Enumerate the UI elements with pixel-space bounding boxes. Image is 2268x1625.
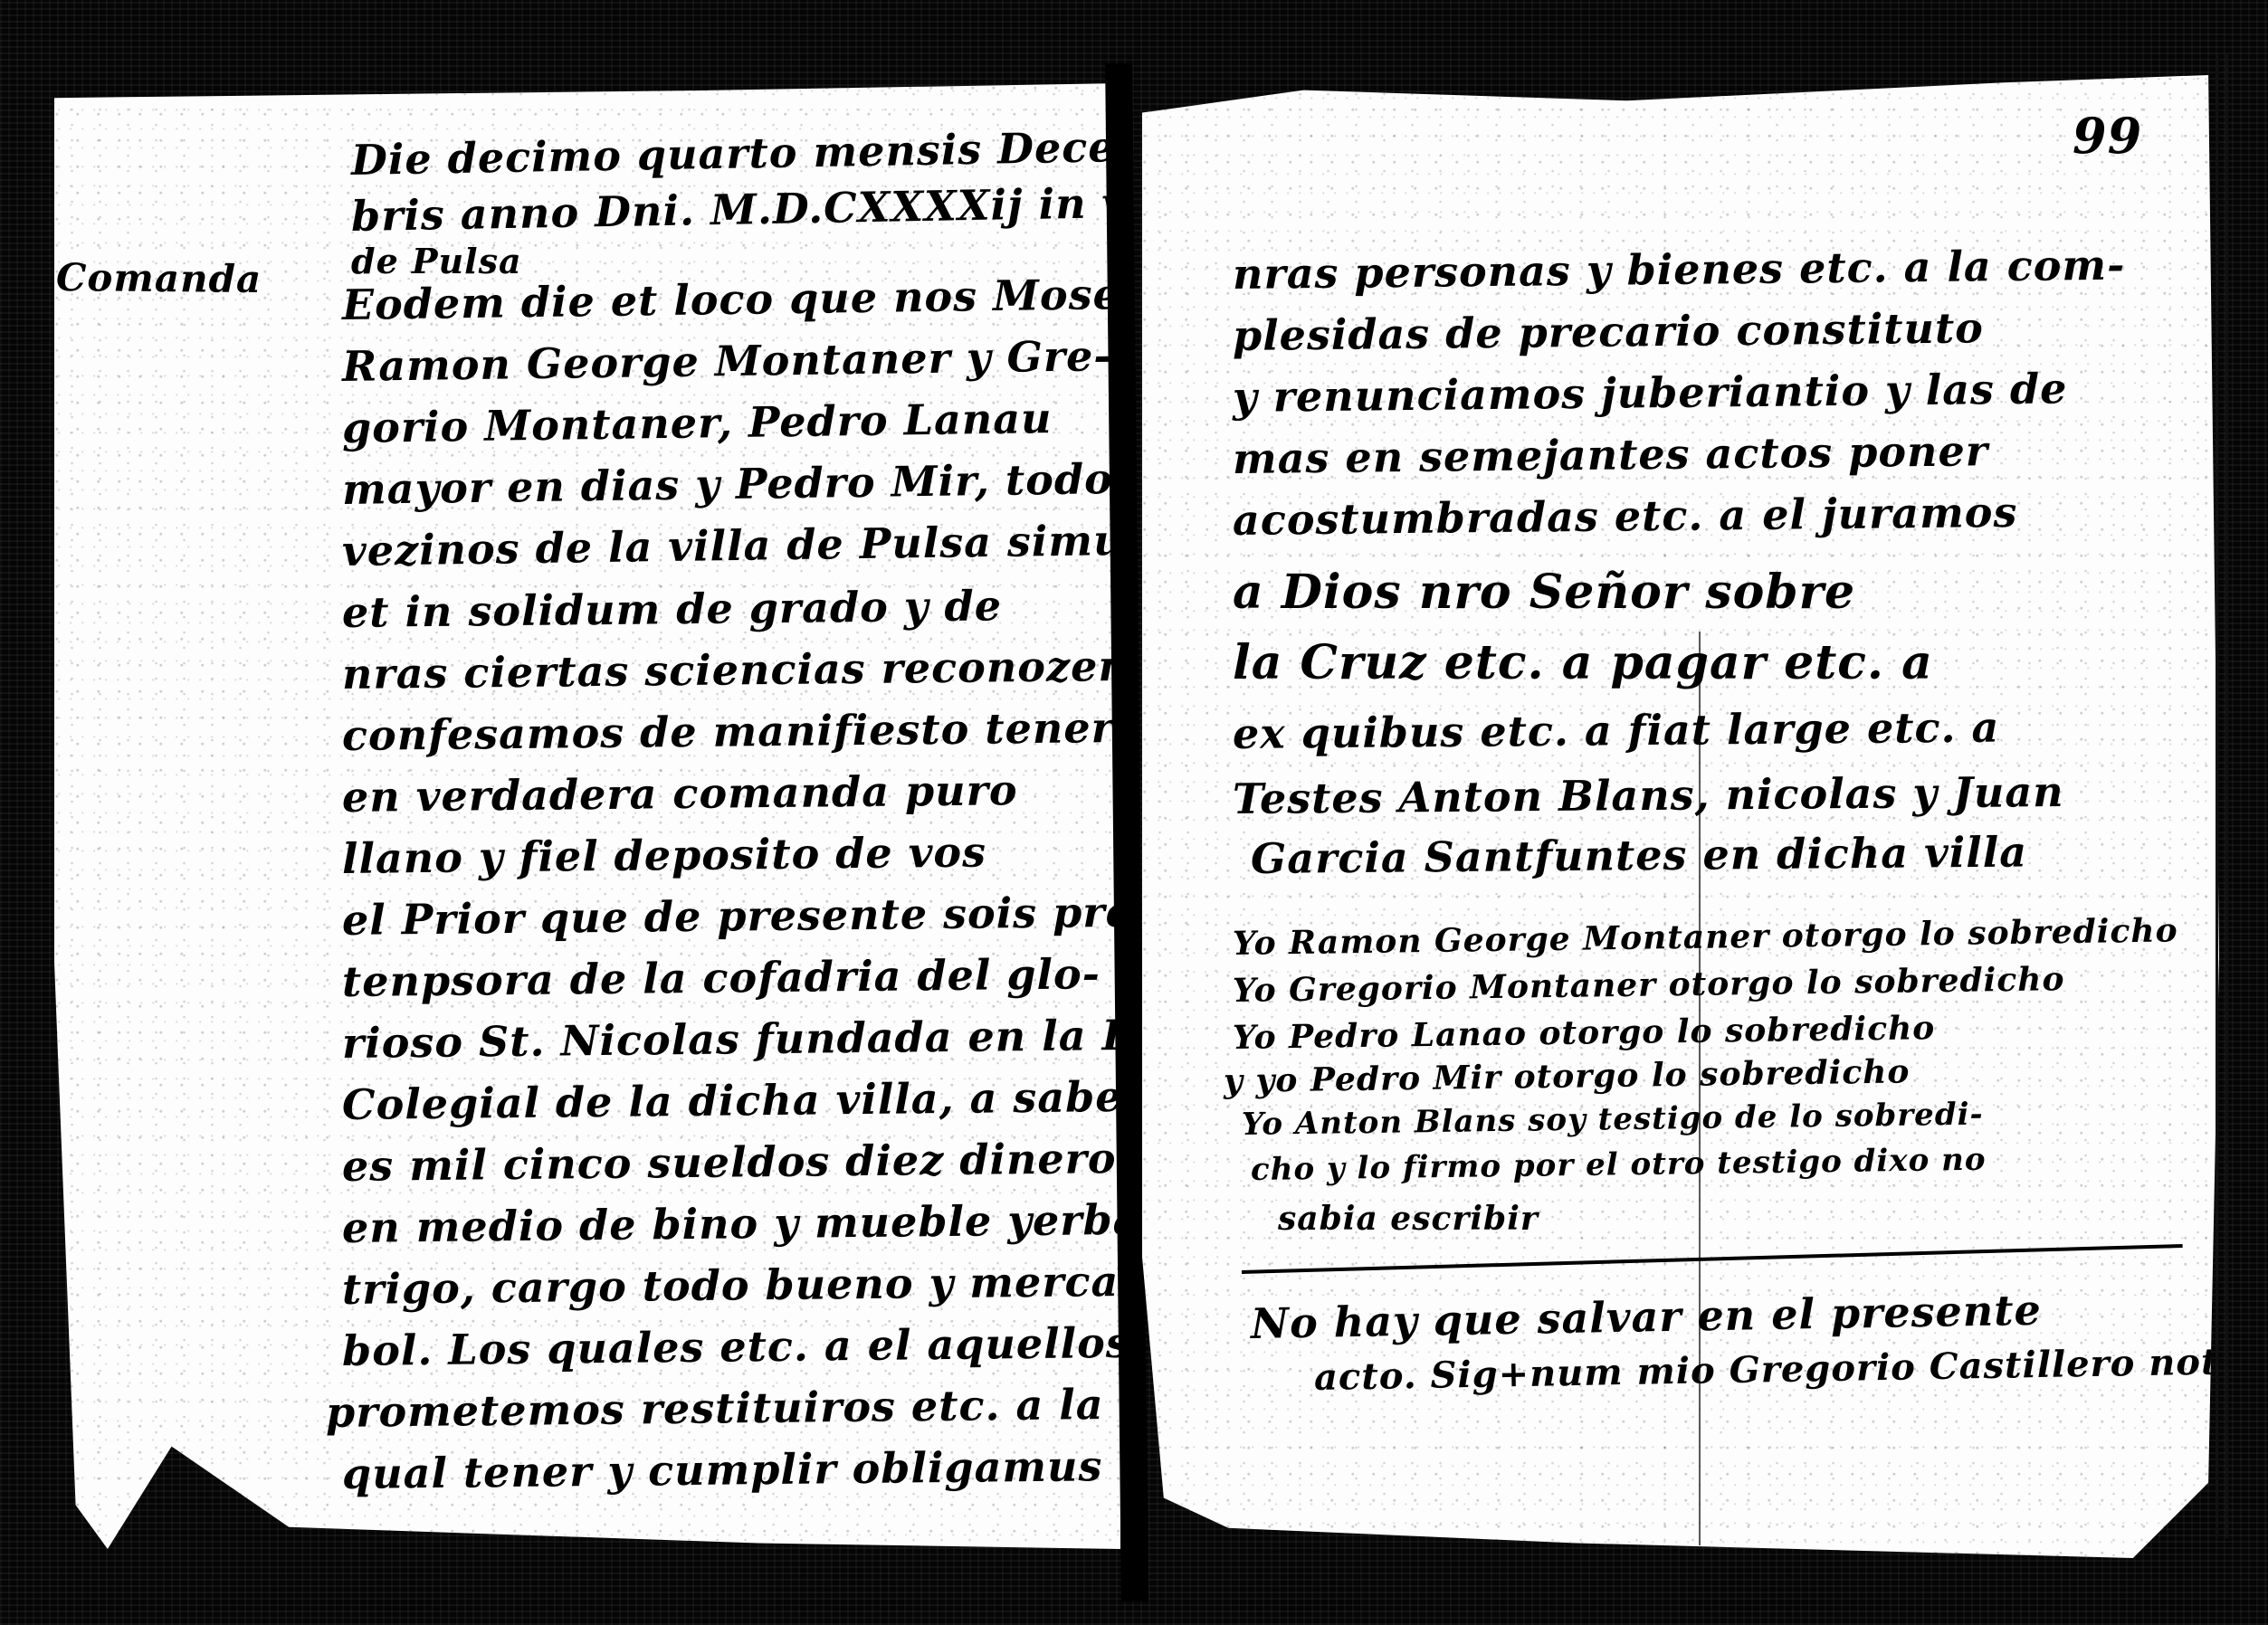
body-line: nras personas y bienes etc. a la com- <box>1233 233 2126 306</box>
body-line: la Cruz etc. a pagar etc. a <box>1233 632 1933 695</box>
body-line: llano y fiel deposito de vos <box>342 821 987 890</box>
body-line: nras ciertas sciencias reconozemos y <box>342 633 1120 706</box>
body-line: trigo, cargo todo bueno y mercante <box>342 1249 1120 1321</box>
body-line: ex quibus etc. a fiat large etc. a <box>1233 696 2000 765</box>
body-line: Garcia Santfuntes en dicha villa <box>1251 821 2028 890</box>
margin-note: Comanda <box>56 255 262 301</box>
body-line: a Dios nro Señor sobre <box>1233 561 1855 624</box>
body-line: qual tener y cumplir obligamus <box>342 1434 1103 1506</box>
body-line: rioso St. Nicolas fundada en la Iglesia <box>342 1002 1120 1075</box>
body-line: y renunciamos juberiantio y las de <box>1233 356 2068 429</box>
signature-line: sabia escribir <box>1278 1187 1539 1250</box>
body-line: en verdadera comanda puro <box>342 758 1018 829</box>
body-line: et in solidum de grado y de <box>342 574 1003 644</box>
body-line: el Prior que de presente sois pre- <box>342 880 1120 952</box>
body-line: tenpsora de la cofadria del glo- <box>342 942 1101 1013</box>
body-line: Testes Anton Blans, nicolas y Juan <box>1233 760 2064 831</box>
body-line: es mil cinco sueldos diez dineros jaq. <box>342 1126 1120 1198</box>
body-line: mas en semejantes actos poner <box>1233 419 1989 490</box>
page-edge <box>2216 54 2228 1538</box>
body-line: bol. Los quales etc. a el aquellos <box>342 1311 1120 1383</box>
body-line: plesidas de precario constituto <box>1233 296 1985 367</box>
page-number: 99 <box>2073 107 2142 165</box>
body-line: confesamos de manifiesto tener <box>342 696 1115 767</box>
body-line: en medio de bino y mueble yerba ls <box>342 1187 1120 1259</box>
body-line: vezinos de la villa de Pulsa simul <box>342 508 1120 583</box>
body-line: prometemos restituiros etc. a la <box>326 1373 1104 1444</box>
body-line: acostumbradas etc. a el juramos <box>1233 480 2018 552</box>
right-page: 99 nras personas y bienes etc. a la com-… <box>1142 52 2219 1558</box>
left-page: Comanda Die decimo quarto mensis Decem- … <box>54 83 1120 1549</box>
body-line: Colegial de la dicha villa, a saber <box>342 1065 1120 1136</box>
